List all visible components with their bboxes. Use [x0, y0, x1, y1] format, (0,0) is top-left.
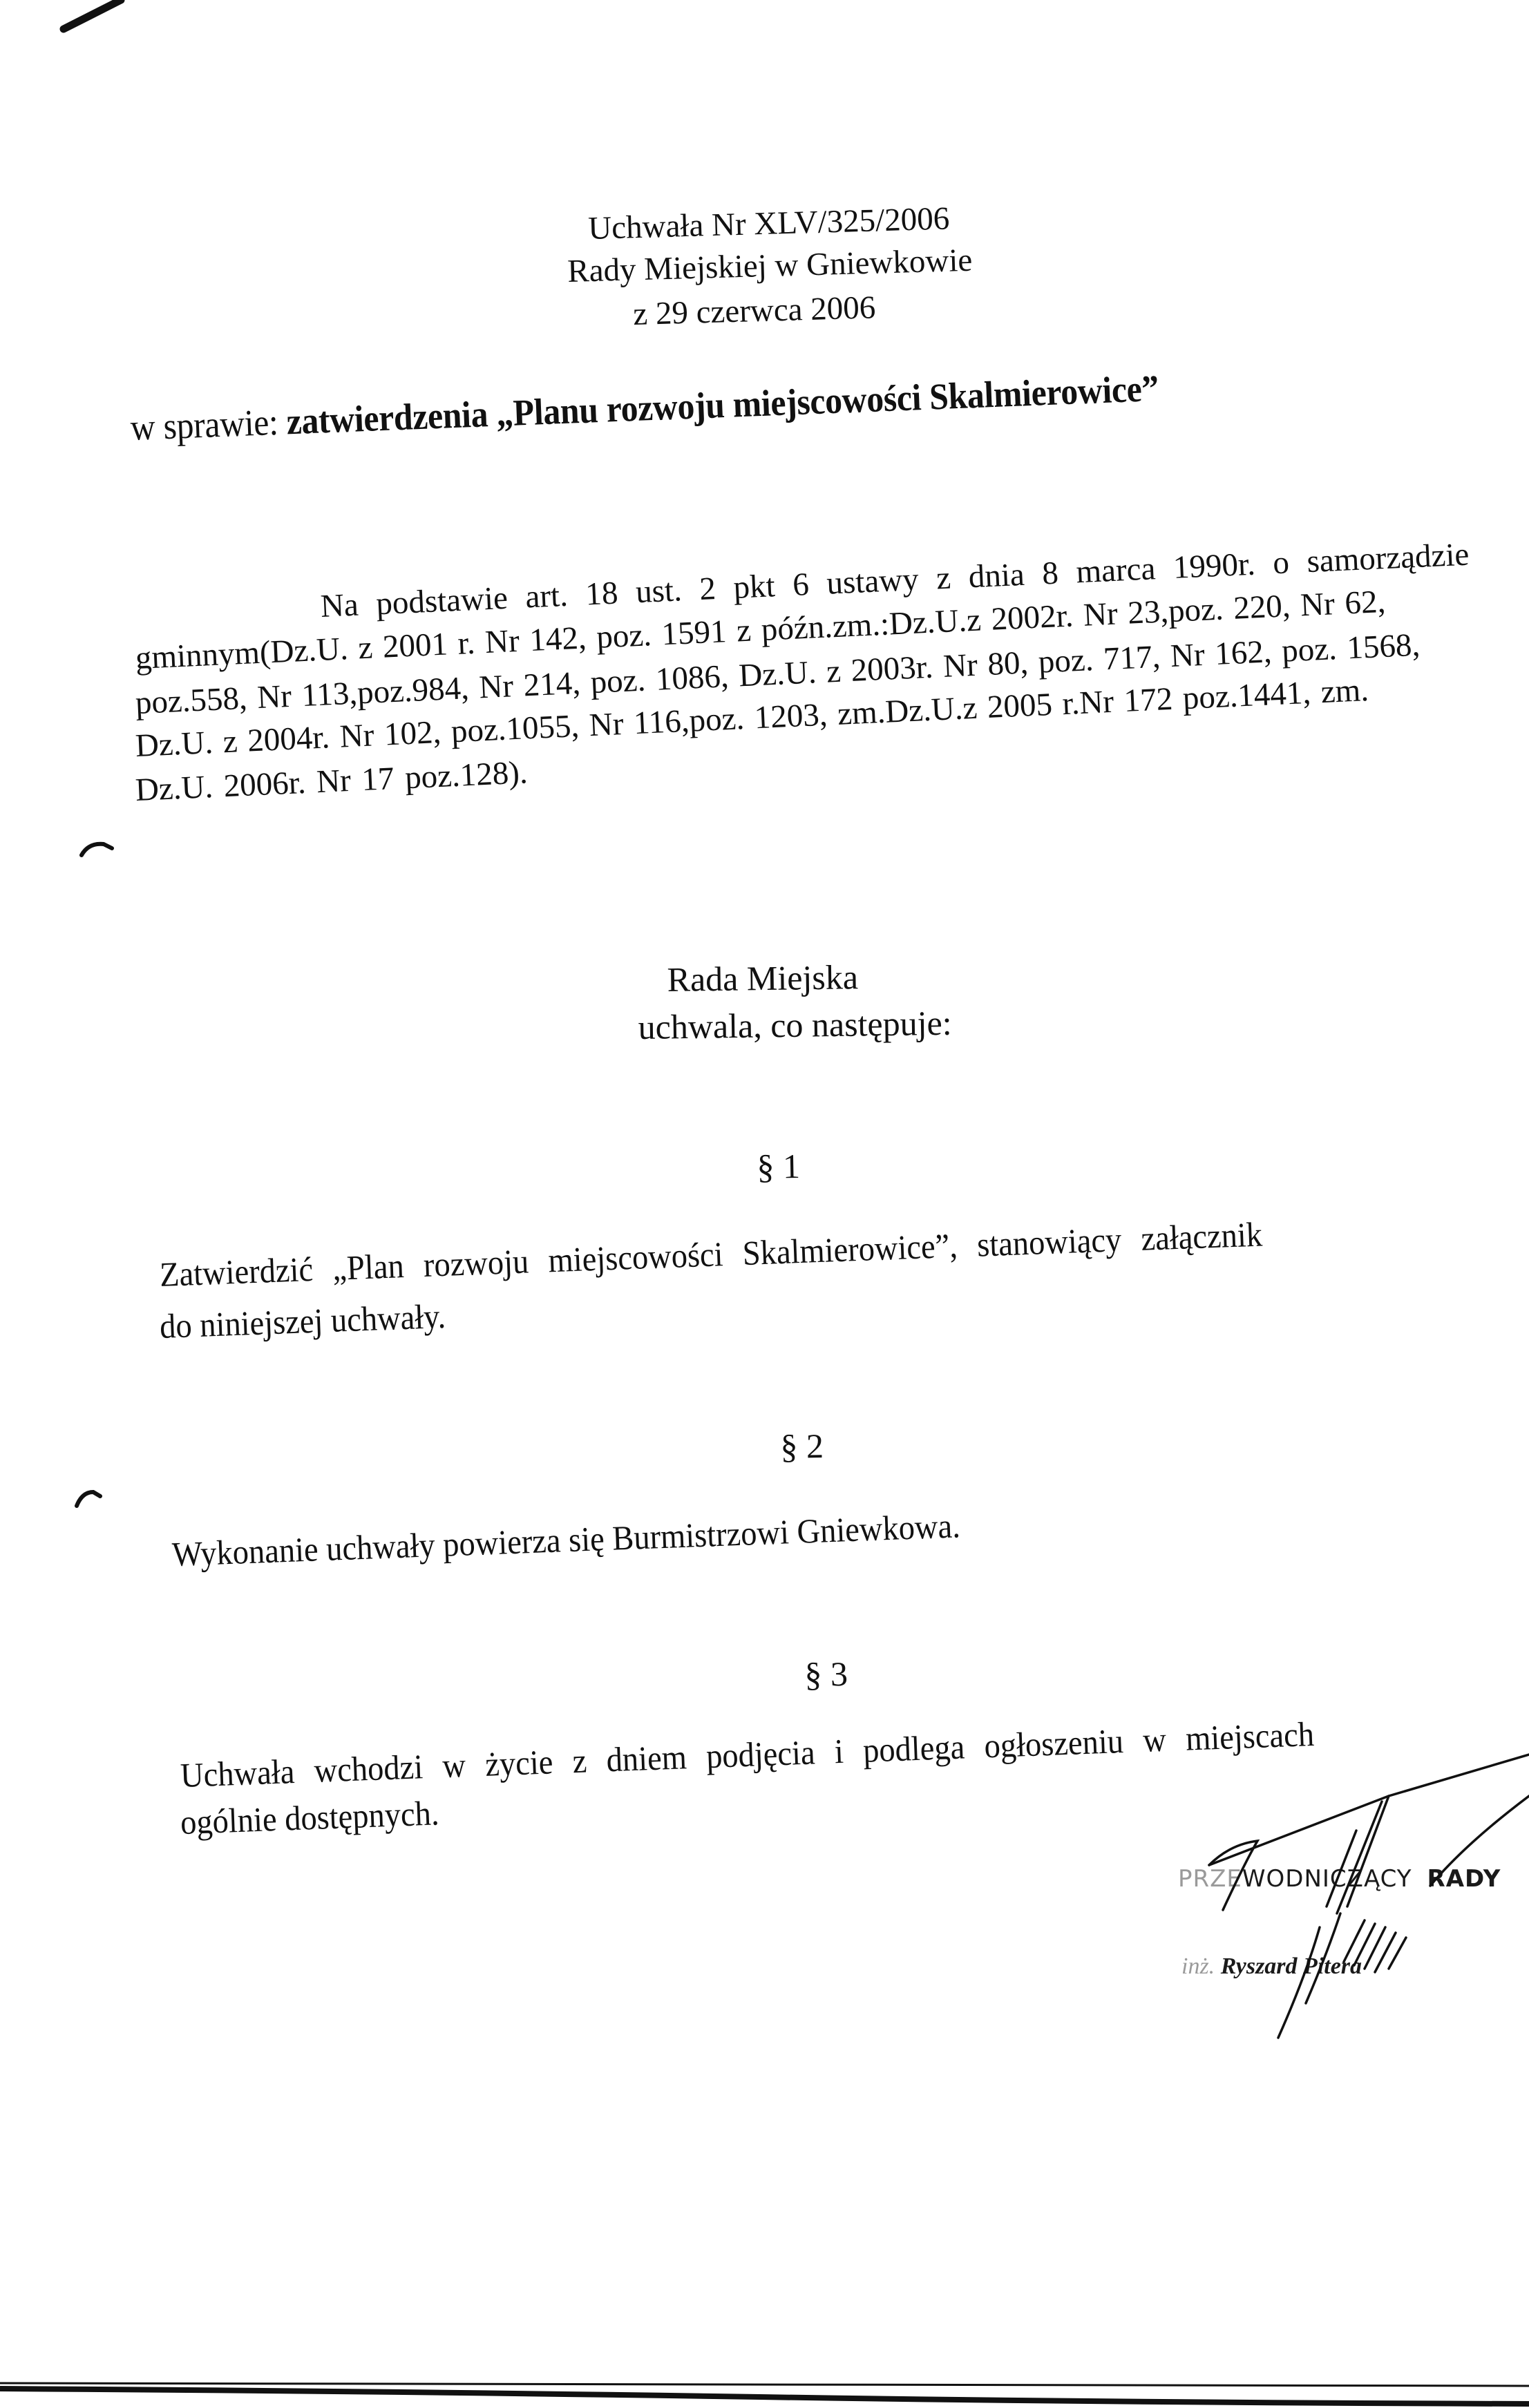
- enacting-body: Rada Miejska: [667, 959, 858, 997]
- subject-title: zatwierdzenia „Planu rozwoju miejscowośc…: [285, 367, 1159, 442]
- section-text: Wykonanie uchwały powierza się Burmistrz…: [171, 1508, 960, 1571]
- enacting-formula: uchwala, co następuje:: [638, 1006, 952, 1044]
- scan-bottom-edge: [0, 2376, 1529, 2408]
- resolution-subject: w sprawie: zatwierdzenia „Planu rozwoju …: [130, 367, 1159, 449]
- subject-lead: w sprawie:: [130, 401, 287, 448]
- issuing-body: Rady Miejskiej w Gniewkowie: [567, 245, 973, 288]
- section-text: ogólnie dostępnych.: [180, 1795, 439, 1840]
- section-text: Zatwierdzić „Plan rozwoju miejscowości S…: [159, 1217, 1263, 1292]
- section-number: § 2: [780, 1426, 824, 1466]
- margin-pen-mark: [73, 1485, 107, 1513]
- section-text: Uchwała wchodzi w życie z dniem podjęcia…: [180, 1717, 1315, 1793]
- resolution-number: Uchwała Nr XLV/325/2006: [588, 202, 950, 245]
- margin-pen-mark: [76, 836, 117, 863]
- section-number: § 3: [804, 1654, 848, 1694]
- resolution-date: z 29 czerwca 2006: [633, 292, 876, 331]
- pen-stroke-mark: [0, 0, 138, 41]
- section-number: § 1: [757, 1146, 801, 1187]
- section-text: do niniejszej uchwały.: [159, 1299, 446, 1344]
- handwritten-signature: [1202, 1727, 1529, 2045]
- legal-basis-line: Dz.U. 2006r. Nr 17 poz.128).: [135, 756, 529, 807]
